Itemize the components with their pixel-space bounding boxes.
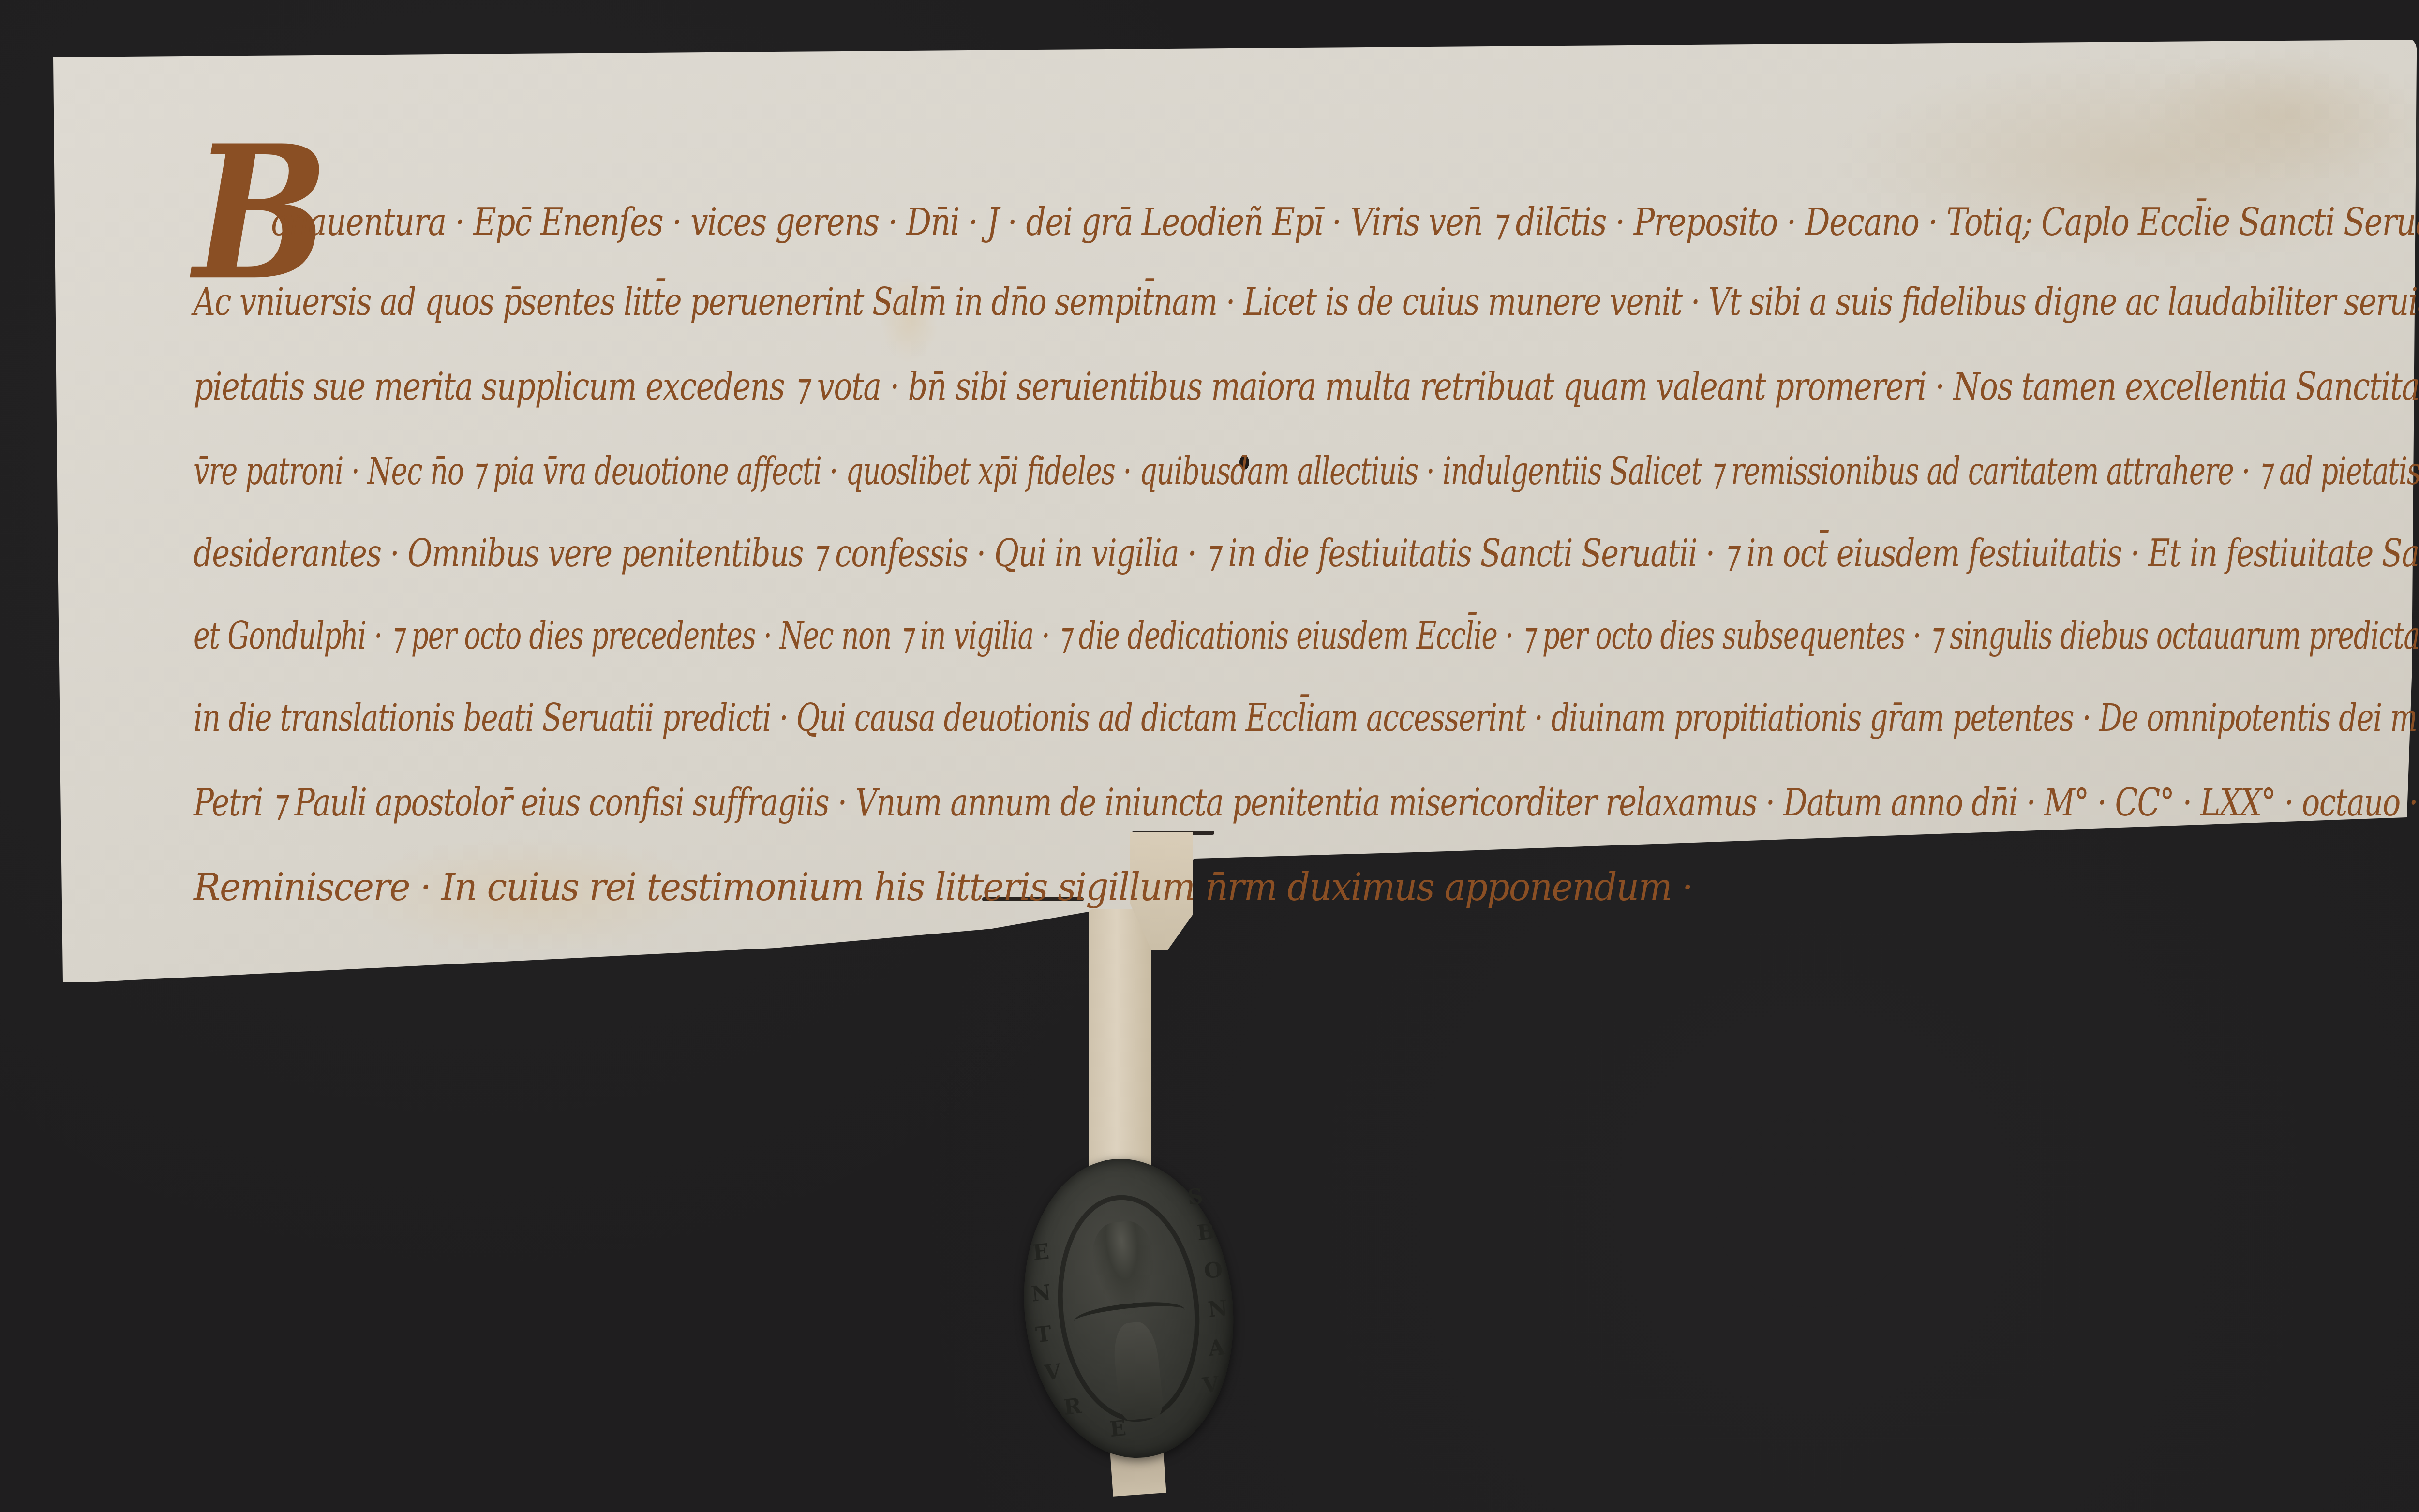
text-line-6: et Gondulphi · ⁊ per octo dies precedent…	[194, 614, 2419, 658]
text-line-1: onauentura · Epc̄ Enenſes · vices gerens…	[271, 201, 2419, 244]
seal-legend-letter: V	[1043, 1359, 1062, 1385]
text-line-3: pietatis sue merita supplicum excedens ⁊…	[194, 365, 2419, 409]
seal-legend-letter: N	[1207, 1296, 1229, 1322]
seal-legend-letter: T	[1034, 1321, 1053, 1348]
text-line-7: in die translationis beati Seruatii pred…	[194, 697, 2419, 740]
document-viewer: B onauentura · Epc̄ Enenſes · vices gere…	[0, 0, 2419, 1512]
wax-seal: S B O N A V E N T V R E	[1010, 1148, 1248, 1468]
seal-legend-letter: V	[1201, 1372, 1220, 1398]
text-line-4: v̄re patroni · Nec n̄o ⁊ pia v̄ra deuoti…	[194, 450, 2419, 493]
seal-legend-letter: N	[1030, 1280, 1052, 1307]
seal-legend-letter: S	[1186, 1184, 1204, 1210]
text-line-8: Petri ⁊ Pauli apostolor̄ eius confisi su…	[194, 781, 2419, 825]
text-line-9: Reminiscere · In cuius rei testimonium h…	[194, 866, 1692, 909]
seal-legend-letter: B	[1196, 1219, 1216, 1246]
seal-legend-letter: A	[1207, 1335, 1226, 1361]
seal-legend-letter: E	[1031, 1239, 1050, 1265]
seal-legend-letter: R	[1062, 1393, 1083, 1420]
seal-legend-letter: E	[1108, 1416, 1127, 1442]
text-line-2: Ac vniuersis ad quos p̄sentes litt̄e per…	[194, 281, 2419, 324]
text-line-5: desiderantes · Omnibus vere penitentibus…	[194, 532, 2419, 576]
seal-legend-letter: O	[1203, 1257, 1224, 1284]
seal-legend: S B O N A V E N T V R E	[1010, 1148, 1248, 1468]
